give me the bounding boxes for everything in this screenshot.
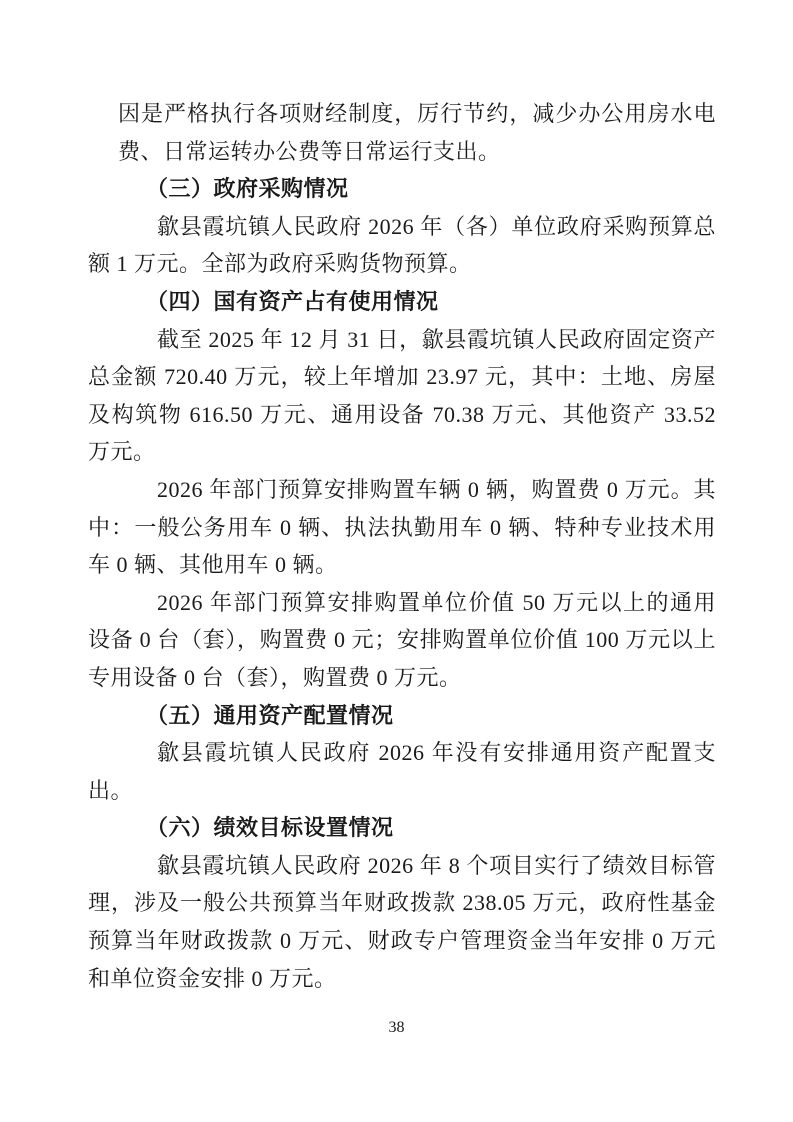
paragraph-vehicle-purchases: 2026 年部门预算安排购置车辆 0 辆，购置费 0 万元。其中：一般公务用车 … <box>88 471 716 584</box>
heading-section-4-state-assets: （四）国有资产占有使用情况 <box>88 283 716 321</box>
heading-section-5-general-asset-allocation: （五）通用资产配置情况 <box>88 697 716 735</box>
paragraph-performance-target-management: 歙县霞坑镇人民政府 2026 年 8 个项目实行了绩效目标管理，涉及一般公共预算… <box>88 847 716 997</box>
paragraph-no-general-asset-spending: 歙县霞坑镇人民政府 2026 年没有安排通用资产配置支出。 <box>88 734 716 809</box>
paragraph-carryover-operating-costs: 因是严格执行各项财经制度，厉行节约，减少办公用房水电费、日常运转办公费等日常运行… <box>118 95 716 170</box>
heading-section-3-government-procurement: （三）政府采购情况 <box>88 170 716 208</box>
heading-section-6-performance-targets: （六）绩效目标设置情况 <box>88 809 716 847</box>
document-page: 因是严格执行各项财经制度，厉行节约，减少办公用房水电费、日常运转办公费等日常运行… <box>0 0 793 1122</box>
page-number: 38 <box>0 1016 793 1040</box>
paragraph-fixed-assets-total: 截至 2025 年 12 月 31 日，歙县霞坑镇人民政府固定资产总金额 720… <box>88 321 716 471</box>
paragraph-equipment-purchases: 2026 年部门预算安排购置单位价值 50 万元以上的通用设备 0 台（套），购… <box>88 584 716 697</box>
document-body: 因是严格执行各项财经制度，厉行节约，减少办公用房水电费、日常运转办公费等日常运行… <box>88 95 716 997</box>
paragraph-procurement-budget: 歙县霞坑镇人民政府 2026 年（各）单位政府采购预算总额 1 万元。全部为政府… <box>88 208 716 283</box>
